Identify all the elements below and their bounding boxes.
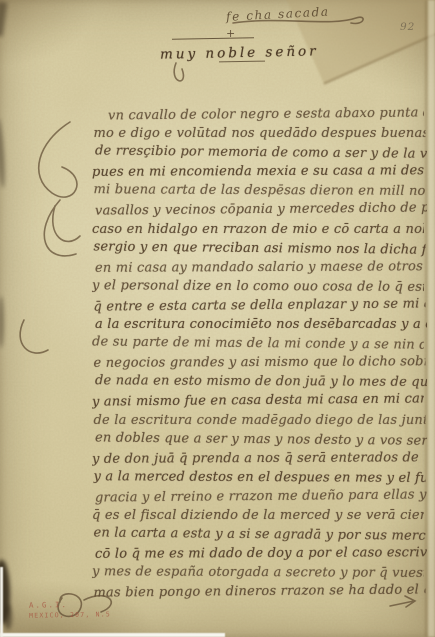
- manuscript-line: de la escritura conde madēgado diego de …: [93, 412, 425, 431]
- manuscript-line: en dobles que a ser y mas y nos desto y …: [95, 430, 427, 452]
- page-edge-mark: [4, 604, 12, 630]
- folio-number: 92: [400, 21, 415, 33]
- page-edge-light: [428, 0, 435, 637]
- scan-border: [0, 633, 225, 637]
- manuscript-line: en mi casa ay mandado salario y maese de…: [95, 259, 427, 280]
- manuscript-body: vn cavallo de color negro e sesta abaxo …: [92, 107, 424, 603]
- manuscript-line: y a la merced destos en el despues en me…: [93, 469, 425, 490]
- archive-stamp: A.G.I. MEXICO, 207, N.5: [29, 599, 111, 619]
- manuscript-line: sergio y en que rreciban asi mismo nos l…: [93, 239, 425, 261]
- archive-stamp-line2: MEXICO, 207, N.5: [29, 610, 111, 619]
- manuscript-line: y el personal dize en lo como ouo cosa d…: [92, 278, 424, 299]
- manuscript-line: pues en mi encomienda mexia e su casa a …: [92, 163, 424, 184]
- manuscript-line: y de don juā q̄ prenda a nos q̄ serā ent…: [92, 450, 424, 471]
- manuscript-line: vn cavallo de color negro e sesta abaxo …: [92, 105, 424, 127]
- manuscript-line: a la escritura conocimiēto nos desēbarca…: [95, 317, 427, 336]
- manuscript-line: vasallos y vecinos cōpania y mercedes di…: [95, 201, 427, 223]
- manuscript-line: caso en hidalgo en rrazon de mio e cō ca…: [92, 222, 424, 241]
- manuscript-line: y ansi mismo fue en casa desta mi casa e…: [92, 392, 424, 414]
- scan-border: [0, 567, 3, 637]
- archive-stamp-line1: A.G.I.: [29, 599, 111, 609]
- manuscript-line: q̄ es el fiscal diziendo de la merced y …: [92, 508, 424, 527]
- manuscript-line: e negocios grandes y asi mismo que lo di…: [93, 354, 425, 375]
- manuscript-line: mas bien pongo en dineros rrazon se ha d…: [93, 583, 425, 605]
- manuscript-line: q̄ entre e esta carta se della enplazar …: [93, 296, 425, 318]
- manuscript-scan: fe cha sacada 92 + muy noble señor vn ca…: [0, 0, 435, 637]
- salutation: muy noble señor: [160, 43, 319, 62]
- manuscript-line: cō lo q̄ me es mi dado de doy a por el c…: [95, 545, 427, 566]
- manuscript-line: gracia y el rreino e rrazon me dueño par…: [95, 487, 427, 509]
- manuscript-line: mo e digo e volūtad nos quedādo despues …: [93, 126, 425, 145]
